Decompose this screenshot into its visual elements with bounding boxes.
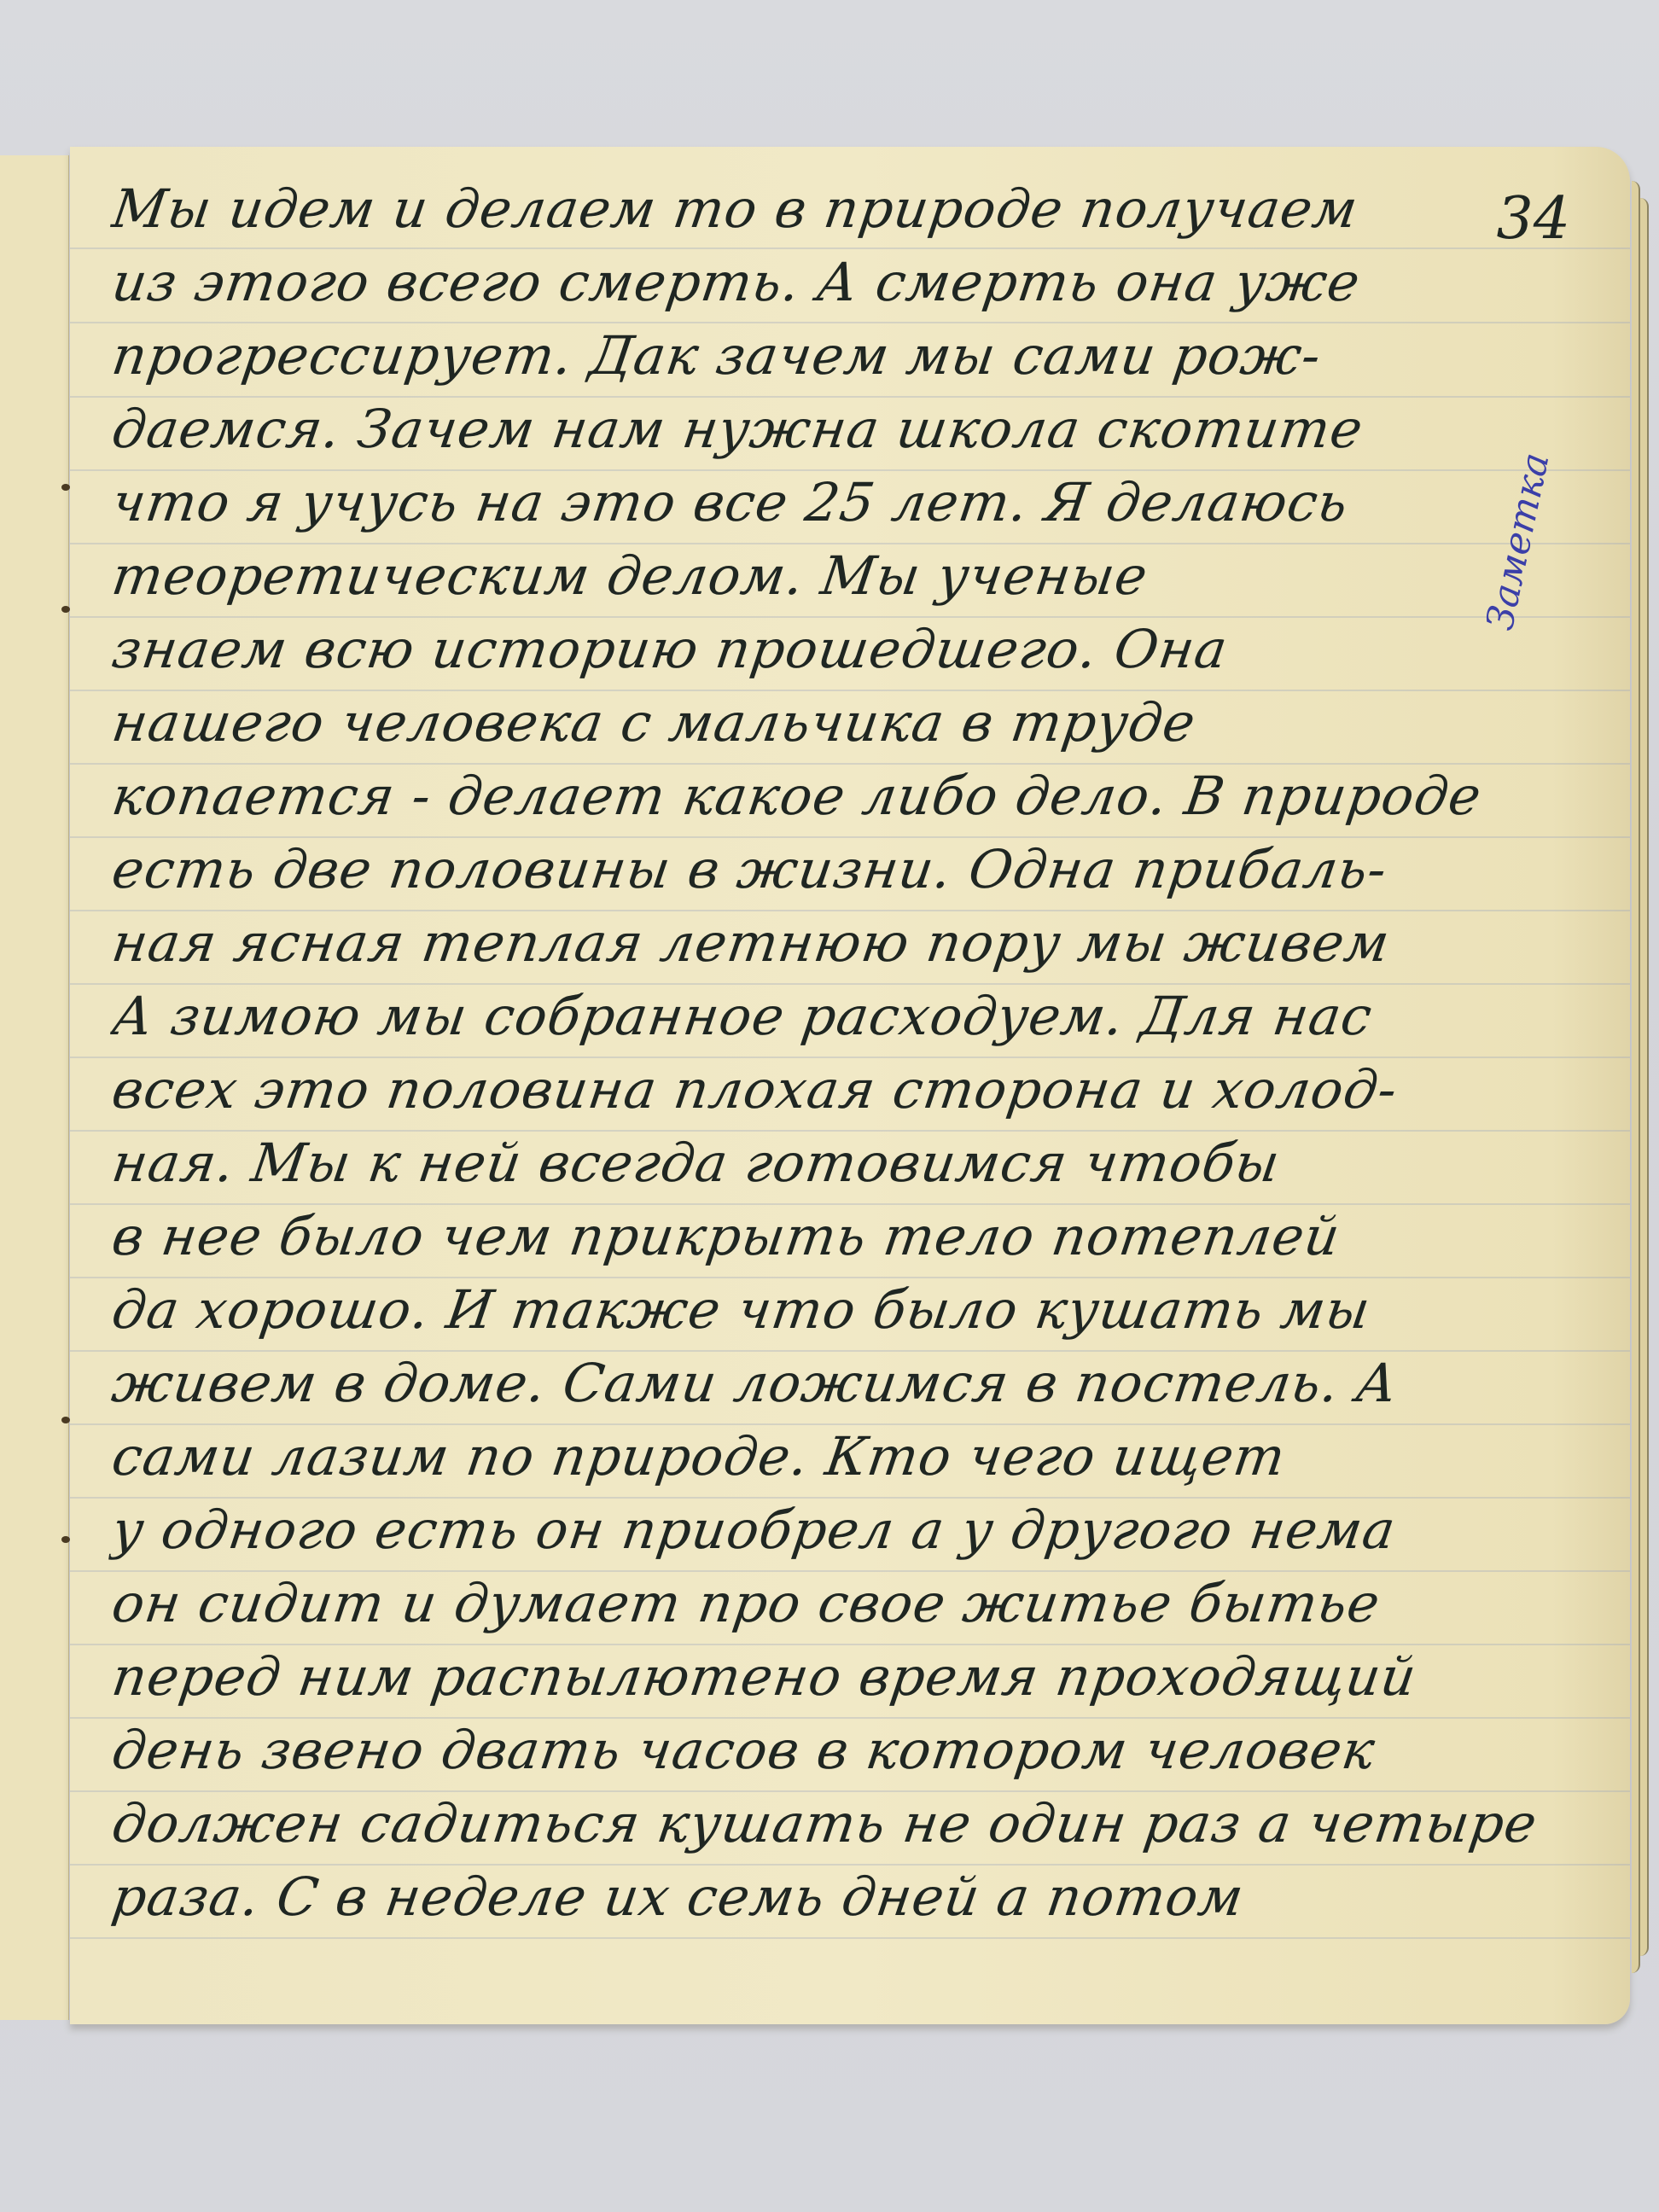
staple-hole <box>61 606 70 613</box>
text-line: он сидит и думает про свое житье бытье <box>108 1567 1586 1640</box>
handwritten-text: Мы идем и делаем то в природе получаем и… <box>113 172 1580 1934</box>
text-line: из этого всего смерть. А смерть она уже <box>108 246 1586 319</box>
text-line: даемся. Зачем нам нужна школа скотите <box>108 393 1586 466</box>
previous-page-edge <box>0 155 69 2020</box>
notebook-page: 34 Мы идем и делаем то в природе получае… <box>70 147 1630 2024</box>
page-stack-edge <box>1632 181 1640 1973</box>
text-line: в нее было чем прикрыть тело потеплей <box>108 1200 1586 1273</box>
text-line: Мы идем и делаем то в природе получаем <box>108 172 1586 246</box>
text-line: раза. С в неделе их семь дней а потом <box>108 1860 1586 1934</box>
text-line: А зимою мы собранное расходуем. Для нас <box>108 980 1586 1053</box>
staple-hole <box>61 1536 70 1543</box>
text-line: всех это половина плохая сторона и холод… <box>108 1053 1586 1126</box>
page-stack-edge <box>1640 198 1649 1956</box>
staple-hole <box>61 484 70 491</box>
text-line: копается - делает какое либо дело. В при… <box>108 760 1586 833</box>
text-line: должен садиться кушать не один раз а чет… <box>108 1787 1586 1860</box>
text-line: знаем всю историю прошедшего. Она <box>108 613 1586 686</box>
text-line: теоретическим делом. Мы ученые <box>108 539 1586 613</box>
text-line: живем в доме. Сами ложимся в постель. А <box>108 1347 1586 1420</box>
text-line: есть две половины в жизни. Одна прибаль- <box>108 833 1586 906</box>
text-line: сами лазим по природе. Кто чего ищет <box>108 1420 1586 1493</box>
text-line: что я учусь на это все 25 лет. Я делаюсь <box>108 466 1586 539</box>
text-line: прогрессирует. Дак зачем мы сами рож- <box>108 319 1586 393</box>
text-line: у одного есть он приобрел а у другого не… <box>108 1493 1586 1567</box>
ruled-line <box>70 1937 1630 1939</box>
text-line: ная. Мы к ней всегда готовимся чтобы <box>108 1126 1586 1200</box>
staple-hole <box>61 1417 70 1423</box>
text-line: нашего человека с мальчика в труде <box>108 686 1586 760</box>
text-line: день звено двать часов в котором человек <box>108 1714 1586 1787</box>
notebook: 34 Мы идем и делаем то в природе получае… <box>0 147 1659 2033</box>
text-line: перед ним распылютено время проходящий <box>108 1640 1586 1714</box>
text-line: ная ясная теплая летнюю пору мы живем <box>108 906 1586 980</box>
text-line: да хорошо. И также что было кушать мы <box>108 1273 1586 1347</box>
